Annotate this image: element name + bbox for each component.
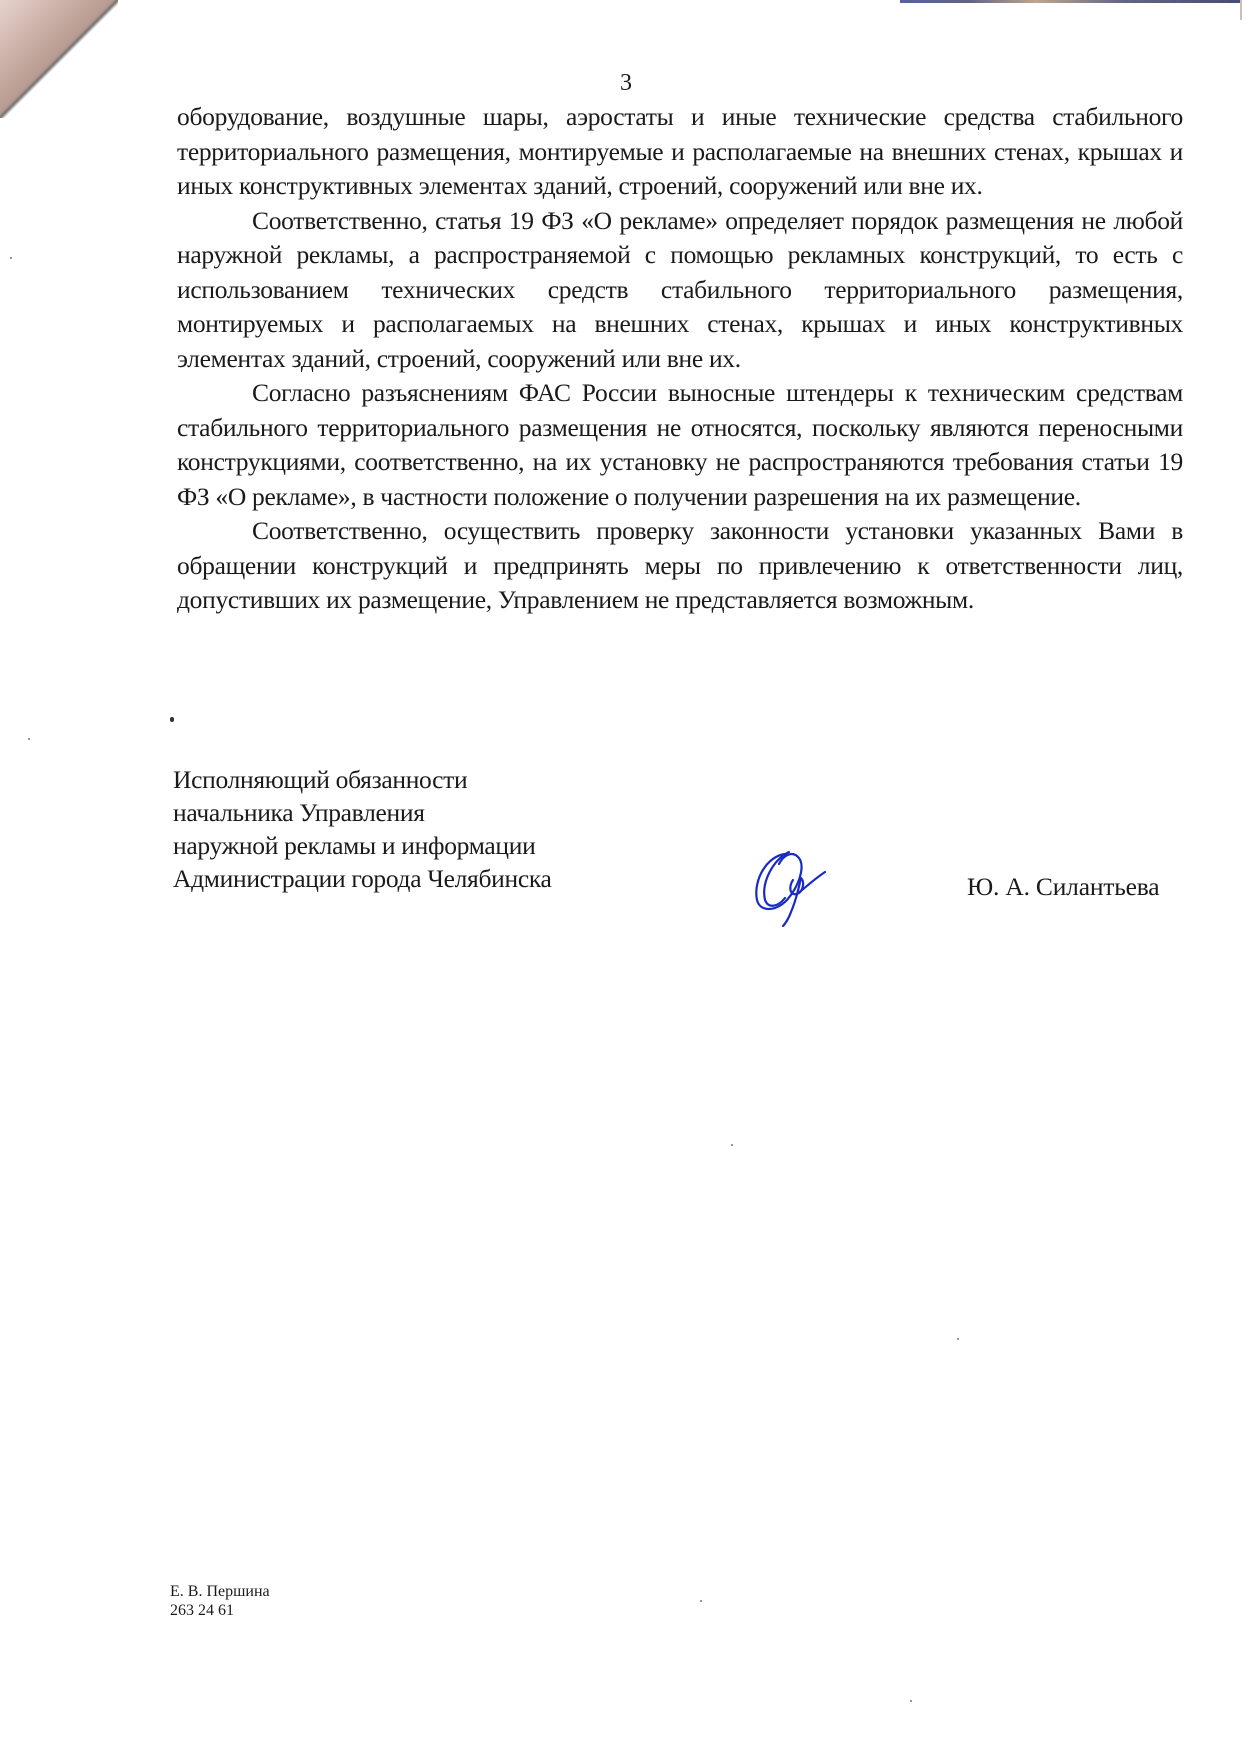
executor-phone: 263 24 61 <box>170 1601 270 1620</box>
scan-speck <box>28 738 30 740</box>
scan-corner-artifact <box>0 0 118 118</box>
position-line: начальника Управления <box>173 796 552 829</box>
position-line: наружной рекламы и информации <box>173 829 552 862</box>
scan-edge-artifact <box>900 0 1240 3</box>
signatory-position: Исполняющий обязанности начальника Управ… <box>173 763 552 895</box>
handwritten-signature-icon <box>745 842 835 932</box>
paragraph-continuation: оборудование, воздушные шары, аэростаты … <box>177 100 1183 204</box>
scan-speck <box>10 257 12 259</box>
executor-info: Е. В. Першина 263 24 61 <box>170 1582 270 1620</box>
scan-speck <box>957 1338 959 1340</box>
position-line: Администрации города Челябинска <box>173 862 552 895</box>
paragraph-fas-clarification: Согласно разъяснениям ФАС России выносны… <box>177 376 1183 514</box>
scan-edge-artifact <box>1240 0 1242 20</box>
scan-speck <box>731 1144 733 1146</box>
position-line: Исполняющий обязанности <box>173 763 552 796</box>
scan-speck <box>700 1600 702 1602</box>
signer-name: Ю. А. Силантьева <box>967 872 1159 902</box>
paragraph-conclusion: Соответственно, осуществить проверку зак… <box>177 514 1183 618</box>
letter-body: оборудование, воздушные шары, аэростаты … <box>177 100 1183 618</box>
executor-name: Е. В. Першина <box>170 1582 270 1601</box>
page-number: 3 <box>0 70 1252 97</box>
paragraph-article-19: Соответственно, статья 19 ФЗ «О рекламе»… <box>177 204 1183 377</box>
scan-speck <box>910 1700 912 1702</box>
scan-speck <box>170 717 174 722</box>
